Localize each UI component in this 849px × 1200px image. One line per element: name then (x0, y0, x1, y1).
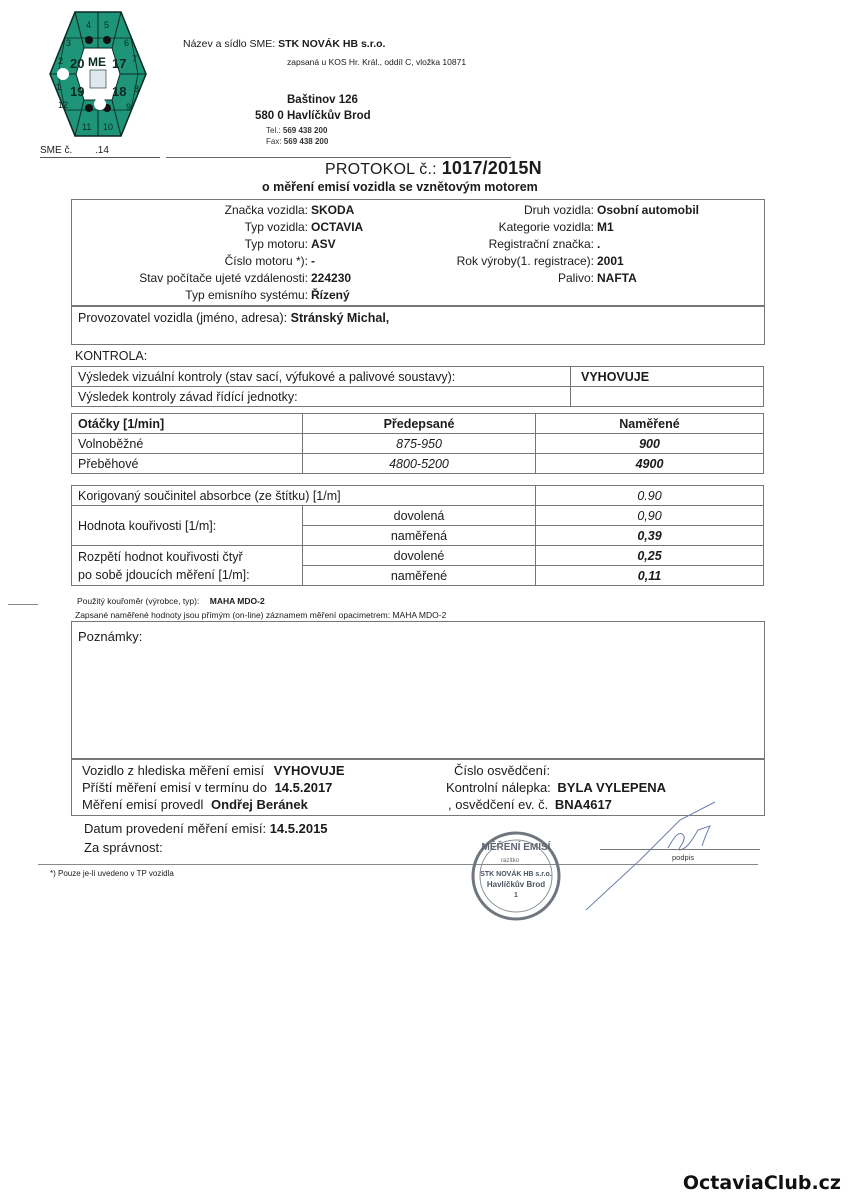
vehicle-field-value: NAFTA (594, 271, 637, 285)
vehicle-field: Stav počítače ujeté vzdálenosti:224230 (72, 271, 351, 285)
vehicle-field-label: Typ motoru: (72, 237, 308, 251)
measurement-date-value: 14.5.2015 (270, 821, 328, 836)
stamp-label: razítko (501, 858, 520, 864)
svg-text:1: 1 (56, 82, 61, 92)
verdict-value: VYHOVUJE (274, 763, 345, 778)
smoke-value: 0,39 (536, 526, 764, 546)
range-value: 0,11 (536, 566, 764, 586)
vehicle-field: Značka vozidla:SKODA (72, 203, 354, 217)
smoke-sub: naměřená (303, 526, 536, 546)
fax-label: Fax: (266, 137, 282, 146)
range-value: 0,25 (536, 546, 764, 566)
address-city: 580 0 Havlíčkův Brod (255, 110, 371, 122)
svg-text:19: 19 (70, 84, 84, 99)
rpm-row-name: Volnoběžné (72, 434, 303, 454)
footnote: *) Pouze je-li uvedeno v TP vozidla (50, 869, 174, 878)
stamp-top-text: MĚŘENÍ EMISÍ (482, 840, 551, 853)
table-row: Volnoběžné 875-950 900 (72, 434, 764, 454)
notes-label: Poznámky: (78, 629, 142, 644)
vehicle-field-label: Kategorie vozidla: (362, 220, 594, 234)
smoke-value: 0,90 (536, 506, 764, 526)
verdict-label: Vozidlo z hlediska měření emisí (82, 763, 264, 778)
sticker-value: BYLA VYLEPENA (557, 780, 666, 795)
vehicle-field: Kategorie vozidla:M1 (362, 220, 614, 234)
vehicle-field-label: Typ emisního systému: (72, 288, 308, 302)
stamp-line3: 1 (514, 892, 518, 899)
svg-text:12: 12 (58, 100, 68, 110)
vehicle-field-label: Stav počítače ujeté vzdálenosti: (72, 271, 308, 285)
absorption-value: 0.90 (536, 486, 764, 506)
inspector-label: Měření emisí provedl (82, 797, 203, 812)
range-sub: dovolené (303, 546, 536, 566)
svg-text:9: 9 (126, 102, 131, 112)
page-subtitle: o měření emisí vozidla se vznětovým moto… (262, 180, 538, 194)
certificate-label: Číslo osvědčení: (454, 763, 550, 778)
vehicle-field-value: OCTAVIA (308, 220, 363, 234)
next-measurement-label: Příští měření emisí v termínu do (82, 780, 267, 795)
svg-text:4: 4 (86, 20, 91, 30)
watermark: OctaviaClub.cz (683, 1172, 841, 1194)
rpm-row-measured: 4900 (536, 454, 764, 474)
inspector-row: Měření emisí provedl Ondřej Beránek (82, 797, 308, 812)
company-label: Název a sídlo SME: (183, 38, 275, 50)
svg-text:18: 18 (112, 84, 126, 99)
svg-text:20: 20 (70, 56, 84, 71)
table-row: Výsledek kontroly závad řídící jednotky: (72, 387, 764, 407)
smoke-meter-info: Použitý kouřoměr (výrobce, typ): MAHA MD… (77, 596, 265, 606)
vehicle-field-value: 2001 (594, 254, 624, 268)
sme-hexagon-icon: 4 5 6 7 8 9 10 11 12 1 2 3 20 17 18 19 M… (48, 8, 148, 140)
fax: Fax: 569 438 200 (266, 137, 328, 146)
svg-text:8: 8 (134, 84, 139, 94)
phone: Tel.: 569 438 200 (266, 126, 327, 135)
vehicle-field: Rok výroby(1. registrace):2001 (362, 254, 624, 268)
vehicle-field-label: Rok výroby(1. registrace): (362, 254, 594, 268)
sme-number: SME č. .14 (40, 145, 160, 158)
company-registration: zapsaná u KOS Hr. Král., oddíl C, vložka… (287, 57, 466, 67)
absorption-label: Korigovaný součinitel absorbce (ze štítk… (72, 486, 536, 506)
vehicle-field-value: M1 (594, 220, 614, 234)
smoke-meter-note: Zapsané naměřené hodnoty jsou přímým (on… (75, 610, 446, 620)
phone-label: Tel.: (266, 126, 281, 135)
smoke-table: Korigovaný součinitel absorbce (ze štítk… (71, 485, 764, 586)
measurement-date-label: Datum provedení měření emisí: (84, 821, 266, 836)
rpm-table: Otáčky [1/min] Předepsané Naměřené Volno… (71, 413, 764, 474)
stamp-line2: Havlíčkův Brod (487, 880, 545, 889)
vehicle-field: Typ motoru:ASV (72, 237, 336, 251)
notes-box: Poznámky: (71, 621, 765, 760)
vehicle-field-label: Typ vozidla: (72, 220, 308, 234)
smoke-label: Hodnota kouřivosti [1/m]: (72, 506, 303, 546)
vehicle-field-label: Druh vozidla: (362, 203, 594, 217)
rpm-header-name: Otáčky [1/min] (72, 414, 303, 434)
page-title: PROTOKOL č.: 1017/2015N (325, 158, 542, 179)
rpm-header-measured: Naměřené (536, 414, 764, 434)
vehicle-field-label: Číslo motoru *): (72, 254, 308, 268)
vehicle-field-value: . (594, 237, 600, 251)
vehicle-field-label: Registrační značka: (362, 237, 594, 251)
svg-text:3: 3 (66, 38, 71, 48)
vehicle-field: Typ emisního systému:Řízený (72, 288, 350, 302)
table-row: Přeběhové 4800-5200 4900 (72, 454, 764, 474)
rpm-row-name: Přeběhové (72, 454, 303, 474)
measurement-date: Datum provedení měření emisí: 14.5.2015 (84, 821, 328, 836)
vehicle-field-value: ASV (308, 237, 336, 251)
svg-text:11: 11 (82, 122, 91, 132)
table-row: Hodnota kouřivosti [1/m]: dovolená 0,90 (72, 506, 764, 526)
sticker-label: Kontrolní nálepka: (446, 780, 551, 795)
svg-text:10: 10 (103, 122, 113, 132)
company-name: STK NOVÁK HB s.r.o. (278, 38, 385, 50)
vehicle-field-label: Značka vozidla: (72, 203, 308, 217)
signature-label: podpis (672, 853, 694, 862)
svg-text:ME: ME (88, 55, 106, 69)
owner-row: Provozovatel vozidla (jméno, adresa): St… (78, 311, 389, 325)
vehicle-field: Typ vozidla:OCTAVIA (72, 220, 363, 234)
next-measurement-row: Příští měření emisí v termínu do 14.5.20… (82, 780, 332, 795)
owner-box: Provozovatel vozidla (jméno, adresa): St… (71, 305, 765, 345)
range-sub: naměřené (303, 566, 536, 586)
company-heading: Název a sídlo SME: STK NOVÁK HB s.r.o. (183, 38, 385, 50)
vehicle-field-label: Palivo: (362, 271, 594, 285)
vehicle-field-value: Řízený (308, 288, 350, 302)
table-row: Rozpětí hodnot kouřivosti čtyř po sobě j… (72, 546, 764, 566)
visual-check-value: VYHOVUJE (571, 367, 764, 387)
official-stamp: MĚŘENÍ EMISÍ razítko STK NOVÁK HB s.r.o.… (470, 830, 562, 922)
phone-value: 569 438 200 (283, 126, 328, 135)
visual-check-table: Výsledek vizuální kontroly (stav sací, v… (71, 366, 764, 407)
rpm-row-prescribed: 4800-5200 (303, 454, 536, 474)
vehicle-field-value: - (308, 254, 315, 268)
inspector-value: Ondřej Beránek (211, 797, 308, 812)
svg-text:5: 5 (104, 20, 109, 30)
vehicle-field-value: Osobní automobil (594, 203, 699, 217)
sticker-row: Kontrolní nálepka: BYLA VYLEPENA (446, 780, 666, 795)
section-heading-kontrola: KONTROLA: (75, 349, 147, 363)
protocol-label: PROTOKOL č.: (325, 161, 437, 178)
table-header-row: Otáčky [1/min] Předepsané Naměřené (72, 414, 764, 434)
svg-text:2: 2 (58, 56, 63, 66)
table-row: Korigovaný součinitel absorbce (ze štítk… (72, 486, 764, 506)
certificate-row: Číslo osvědčení: (454, 763, 550, 778)
certificate-ev-label: , osvědčení ev. č. (448, 797, 548, 812)
margin-mark (8, 604, 38, 605)
vehicle-field: Číslo motoru *):- (72, 254, 315, 268)
range-label-line1: Rozpětí hodnot kouřivosti čtyř (78, 550, 243, 564)
svg-text:7: 7 (132, 54, 137, 64)
next-measurement-value: 14.5.2017 (275, 780, 333, 795)
vehicle-field: Registrační značka:. (362, 237, 600, 251)
address-street: Baštinov 126 (287, 94, 358, 106)
sme-number-value: .14 (95, 145, 109, 156)
owner-value: Stránský Michal, (291, 311, 390, 325)
vehicle-field: Palivo:NAFTA (362, 271, 637, 285)
ecu-check-label: Výsledek kontroly závad řídící jednotky: (72, 387, 571, 407)
protocol-number: 1017/2015N (442, 158, 542, 178)
table-row: Výsledek vizuální kontroly (stav sací, v… (72, 367, 764, 387)
verdict-row: Vozidlo z hlediska měření emisí VYHOVUJE (82, 763, 345, 778)
smoke-meter-value: MAHA MDO-2 (210, 596, 265, 606)
svg-text:17: 17 (112, 56, 126, 71)
signature-line (600, 849, 760, 850)
vehicle-field-value: 224230 (308, 271, 351, 285)
rpm-row-measured: 900 (536, 434, 764, 454)
visual-check-label: Výsledek vizuální kontroly (stav sací, v… (72, 367, 571, 387)
vehicle-info-box: Značka vozidla:SKODATyp vozidla:OCTAVIAT… (71, 199, 765, 307)
owner-label: Provozovatel vozidla (jméno, adresa): (78, 311, 287, 325)
stamp-line1: STK NOVÁK HB s.r.o. (480, 869, 552, 878)
rpm-row-prescribed: 875-950 (303, 434, 536, 454)
svg-text:6: 6 (124, 38, 129, 48)
sme-logo: 4 5 6 7 8 9 10 11 12 1 2 3 20 17 18 19 M… (48, 8, 148, 140)
signature-icon (580, 800, 720, 915)
vehicle-field-value: SKODA (308, 203, 354, 217)
vehicle-field: Druh vozidla:Osobní automobil (362, 203, 699, 217)
range-label: Rozpětí hodnot kouřivosti čtyř po sobě j… (72, 546, 303, 586)
smoke-sub: dovolená (303, 506, 536, 526)
sme-number-label: SME č. (40, 145, 72, 156)
responsibility-label: Za správnost: (84, 840, 163, 855)
ecu-check-value (571, 387, 764, 407)
fax-value: 569 438 200 (284, 137, 329, 146)
rpm-header-prescribed: Předepsané (303, 414, 536, 434)
stamp-icon: MĚŘENÍ EMISÍ razítko STK NOVÁK HB s.r.o.… (470, 830, 562, 922)
range-label-line2: po sobě jdoucích měření [1/m]: (78, 568, 250, 582)
smoke-meter-label: Použitý kouřoměr (výrobce, typ): (77, 596, 199, 606)
